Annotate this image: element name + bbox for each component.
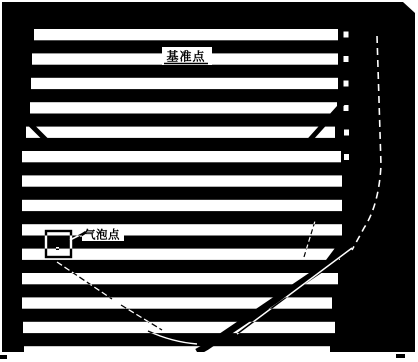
bubble-marker-dot <box>56 247 59 250</box>
fringe-stripe <box>22 249 340 260</box>
fringe-stripe <box>22 273 338 284</box>
fringe-stripe <box>26 127 335 138</box>
fringe-tick <box>344 105 349 111</box>
scan-speck <box>396 354 405 358</box>
fringe-stripe <box>24 346 330 357</box>
scan-speck <box>0 355 7 359</box>
fringe-stripe <box>22 151 341 162</box>
fringe-image-svg: 基准点 气泡点 <box>0 0 418 362</box>
fringe-stripe <box>23 322 335 333</box>
fringe-tick <box>344 130 349 136</box>
figure-canvas: 基准点 气泡点 <box>0 0 418 362</box>
fringe-stripe <box>22 175 342 186</box>
fringe-stripe <box>31 78 338 89</box>
bubble-point-label: 气泡点 <box>84 228 120 242</box>
reference-point-label: 基准点 <box>167 49 206 64</box>
fringe-tick <box>344 154 349 160</box>
fringe-stripe <box>30 102 337 113</box>
fringe-stripe <box>22 200 342 211</box>
fringe-tick <box>344 56 349 62</box>
fringe-tick <box>344 32 349 38</box>
fringe-stripe <box>34 29 338 40</box>
fringe-tick <box>344 81 349 87</box>
fringe-stripe <box>22 297 332 308</box>
